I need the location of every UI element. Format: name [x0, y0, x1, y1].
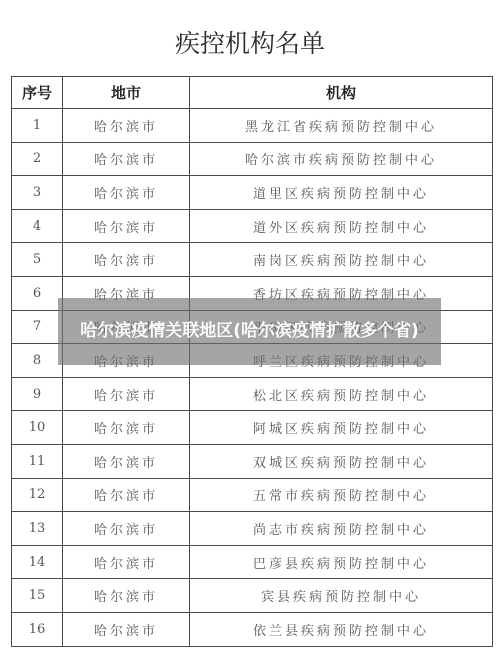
row-city: 哈尔滨市: [63, 579, 190, 613]
row-number: 14: [12, 545, 63, 579]
header-number: 序号: [12, 77, 63, 109]
row-number: 15: [12, 579, 63, 613]
caption-overlay: 哈尔滨疫情关联地区(哈尔滨疫情扩散多个省): [58, 298, 441, 365]
row-institution: 道外区疾病预防控制中心: [190, 209, 493, 243]
row-city: 哈尔滨市: [63, 243, 190, 277]
table-row: 3哈尔滨市道里区疾病预防控制中心: [12, 176, 493, 210]
document-title: 疾控机构名单: [0, 24, 500, 60]
row-number: 5: [12, 243, 63, 277]
row-city: 哈尔滨市: [63, 545, 190, 579]
table-row: 2哈尔滨市哈尔滨市疾病预防控制中心: [12, 142, 493, 176]
row-city: 哈尔滨市: [63, 444, 190, 478]
table-row: 9哈尔滨市松北区疾病预防控制中心: [12, 377, 493, 411]
row-number: 1: [12, 109, 63, 143]
table-row: 15哈尔滨市宾县疾病预防控制中心: [12, 579, 493, 613]
row-institution: 巴彦县疾病预防控制中心: [190, 545, 493, 579]
row-city: 哈尔滨市: [63, 512, 190, 546]
table-row: 11哈尔滨市双城区疾病预防控制中心: [12, 444, 493, 478]
row-number: 2: [12, 142, 63, 176]
row-number: 6: [12, 276, 63, 310]
row-institution: 哈尔滨市疾病预防控制中心: [190, 142, 493, 176]
row-number: 11: [12, 444, 63, 478]
row-number: 9: [12, 377, 63, 411]
row-number: 13: [12, 512, 63, 546]
header-city: 地市: [63, 77, 190, 109]
row-number: 3: [12, 176, 63, 210]
table-row: 4哈尔滨市道外区疾病预防控制中心: [12, 209, 493, 243]
row-institution: 五常市疾病预防控制中心: [190, 478, 493, 512]
header-institution: 机构: [190, 77, 493, 109]
row-city: 哈尔滨市: [63, 176, 190, 210]
table-row: 1哈尔滨市黑龙江省疾病预防控制中心: [12, 109, 493, 143]
row-number: 4: [12, 209, 63, 243]
row-city: 哈尔滨市: [63, 377, 190, 411]
row-number: 12: [12, 478, 63, 512]
table-row: 16哈尔滨市依兰县疾病预防控制中心: [12, 612, 493, 646]
row-city: 哈尔滨市: [63, 612, 190, 646]
row-city: 哈尔滨市: [63, 142, 190, 176]
row-institution: 南岗区疾病预防控制中心: [190, 243, 493, 277]
table-row: 12哈尔滨市五常市疾病预防控制中心: [12, 478, 493, 512]
row-institution: 宾县疾病预防控制中心: [190, 579, 493, 613]
row-institution: 道里区疾病预防控制中心: [190, 176, 493, 210]
row-number: 7: [12, 310, 63, 344]
row-institution: 依兰县疾病预防控制中心: [190, 612, 493, 646]
row-city: 哈尔滨市: [63, 209, 190, 243]
table-row: 13哈尔滨市尚志市疾病预防控制中心: [12, 512, 493, 546]
table-row: 14哈尔滨市巴彦县疾病预防控制中心: [12, 545, 493, 579]
table-header-row: 序号 地市 机构: [12, 77, 493, 109]
row-city: 哈尔滨市: [63, 478, 190, 512]
row-number: 10: [12, 411, 63, 445]
row-institution: 松北区疾病预防控制中心: [190, 377, 493, 411]
table-row: 5哈尔滨市南岗区疾病预防控制中心: [12, 243, 493, 277]
row-city: 哈尔滨市: [63, 411, 190, 445]
row-number: 16: [12, 612, 63, 646]
row-institution: 双城区疾病预防控制中心: [190, 444, 493, 478]
row-institution: 阿城区疾病预防控制中心: [190, 411, 493, 445]
row-institution: 尚志市疾病预防控制中心: [190, 512, 493, 546]
row-number: 8: [12, 344, 63, 378]
table-row: 10哈尔滨市阿城区疾病预防控制中心: [12, 411, 493, 445]
row-institution: 黑龙江省疾病预防控制中心: [190, 109, 493, 143]
row-city: 哈尔滨市: [63, 109, 190, 143]
